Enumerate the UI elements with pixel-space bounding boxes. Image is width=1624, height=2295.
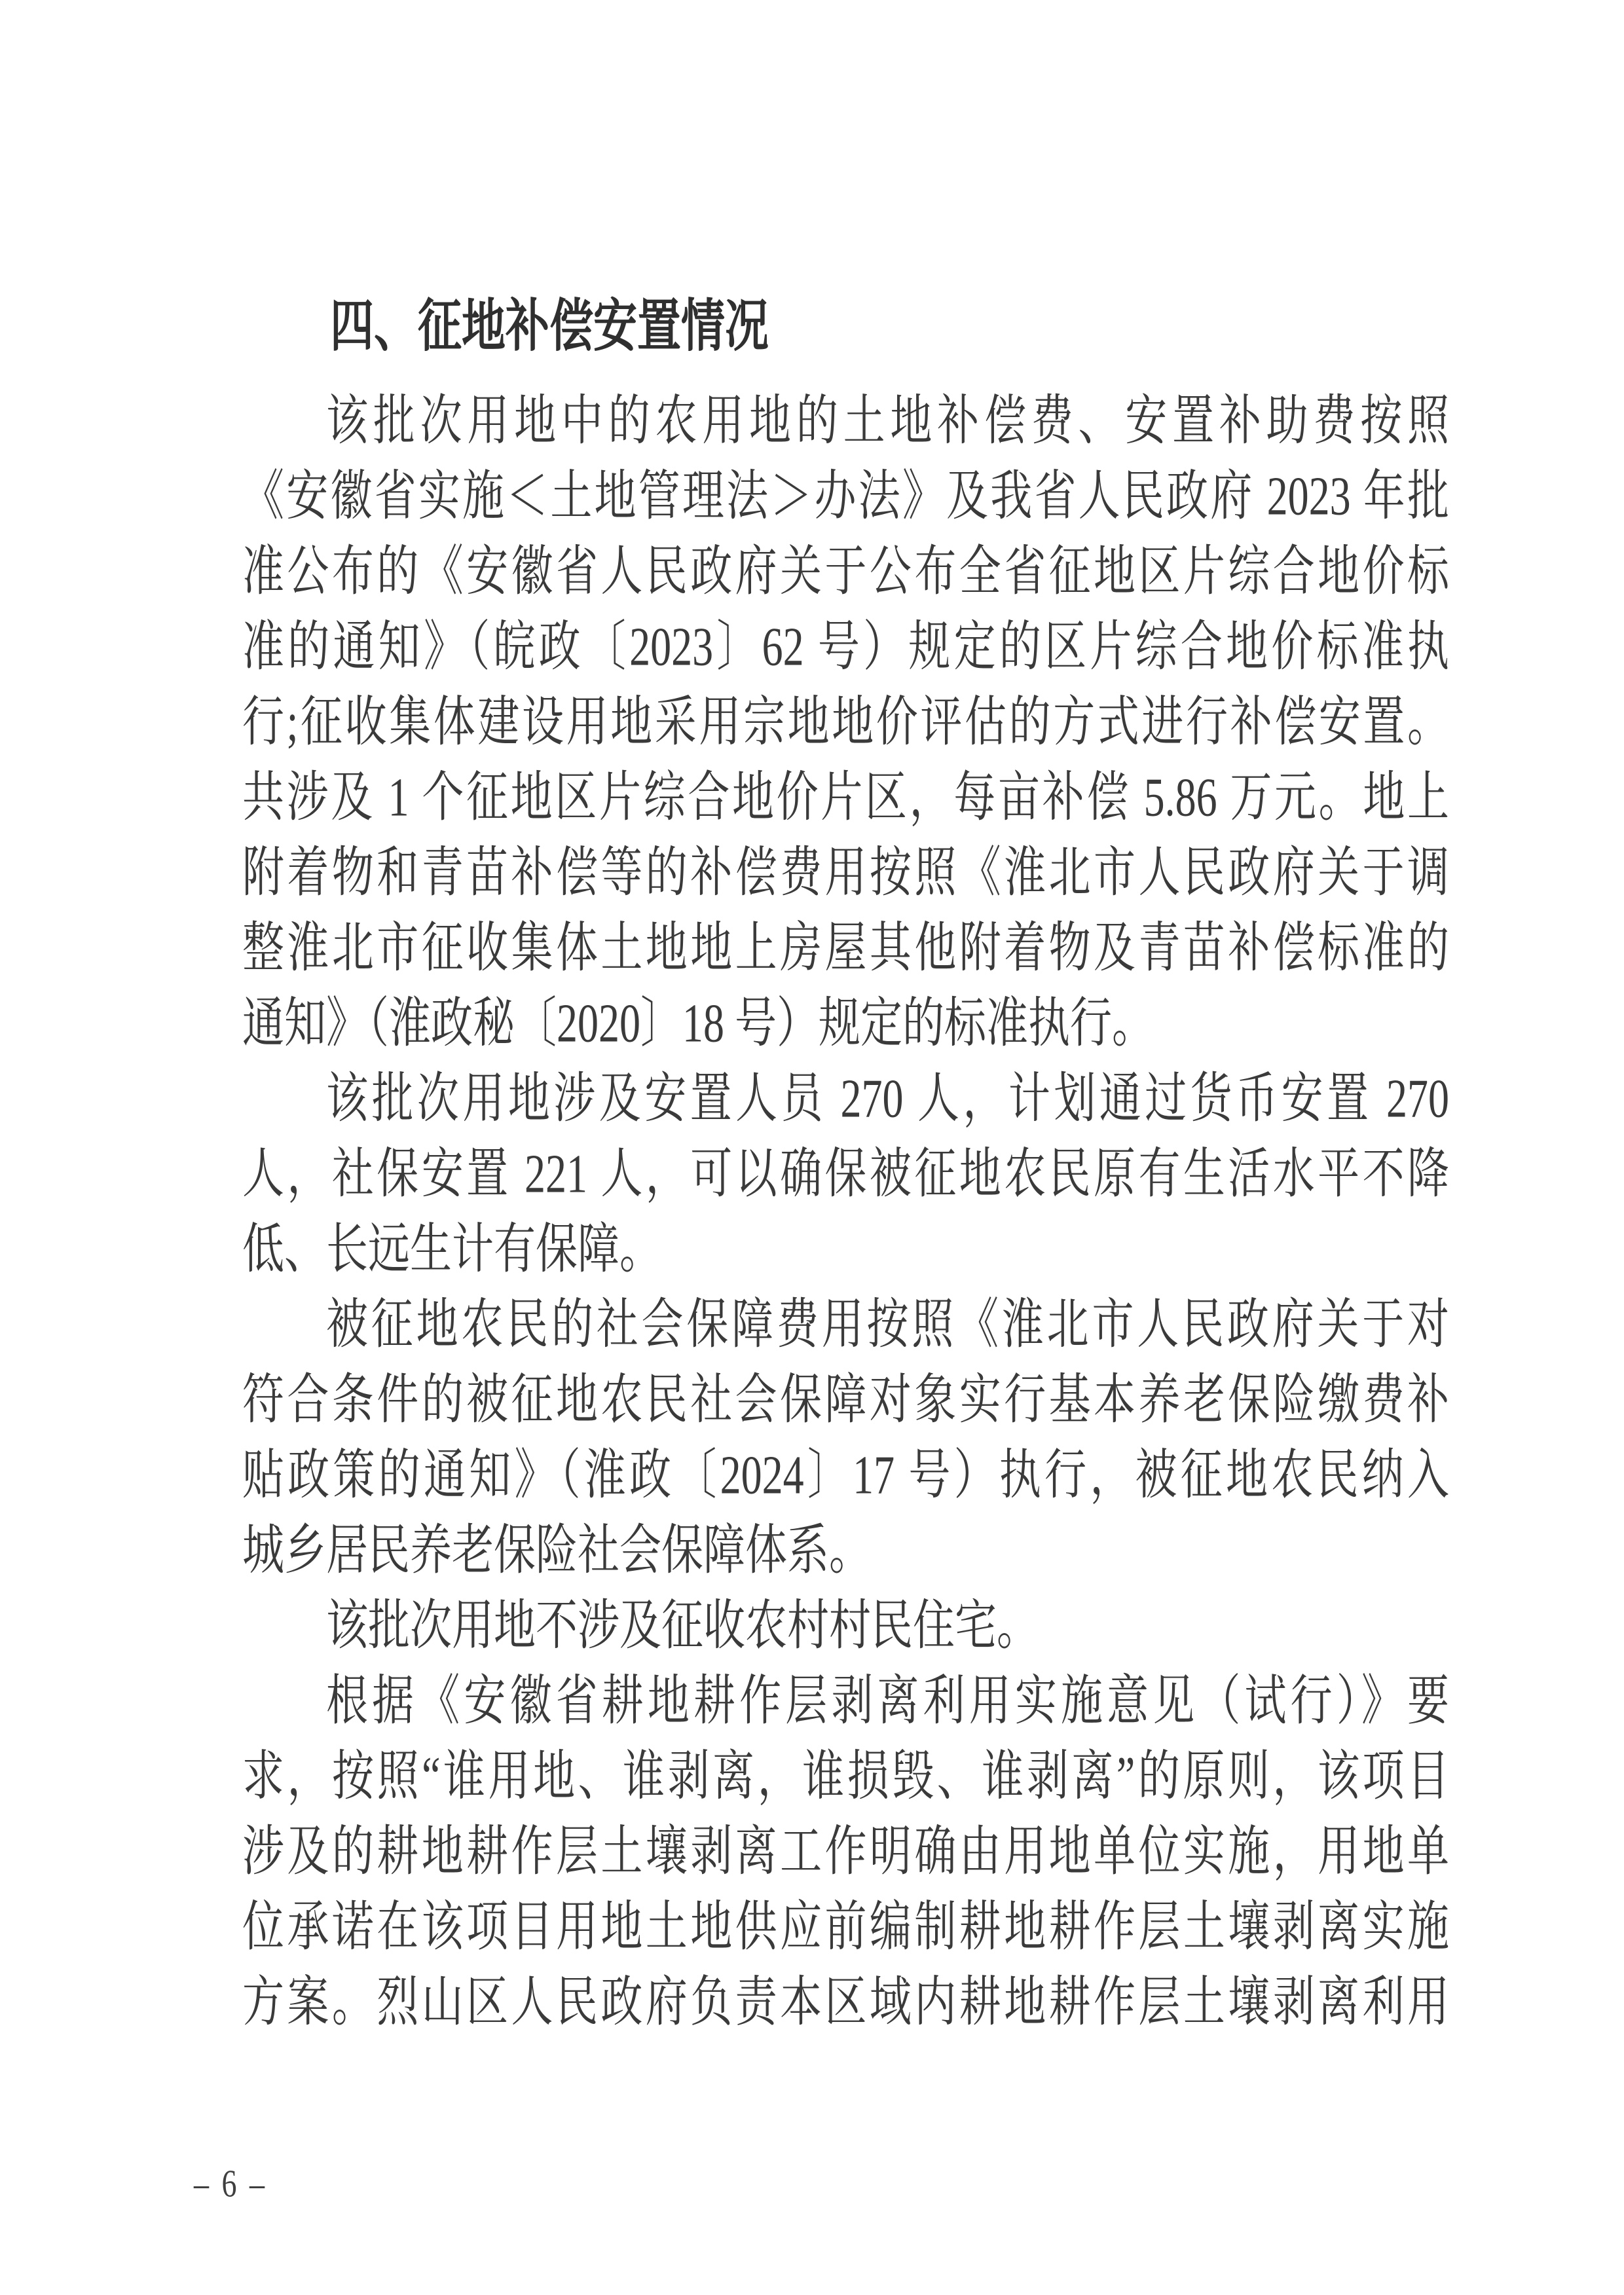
document-body: 该批次用地中的农用地的土地补偿费、安置补助费按照《安徽省实施＜土地管理法＞办法》… bbox=[242, 383, 1449, 2040]
paragraph: 被征地农民的社会保障费用按照《淮北市人民政府关于对符合条件的被征地农民社会保障对… bbox=[242, 1287, 1449, 1588]
paragraph: 该批次用地中的农用地的土地补偿费、安置补助费按照《安徽省实施＜土地管理法＞办法》… bbox=[242, 383, 1449, 1061]
text-line: 方案。烈山区人民政府负责本区域内耕地耕作层土壤剥离利用 bbox=[242, 1953, 1449, 2051]
section-heading: 四、征地补偿安置情况 bbox=[242, 275, 1449, 379]
page-number: – 6 – bbox=[194, 2152, 267, 2215]
paragraph: 根据《安徽省耕地耕作层剥离利用实施意见（试行）》要求，按照“谁用地、谁剥离，谁损… bbox=[242, 1663, 1449, 2040]
paragraph: 该批次用地涉及安置人员 270 人，计划通过货币安置 270人，社保安置 221… bbox=[242, 1061, 1449, 1287]
document-content: 四、征地补偿安置情况 该批次用地中的农用地的土地补偿费、安置补助费按照《安徽省实… bbox=[242, 287, 1449, 2040]
document-page: 四、征地补偿安置情况 该批次用地中的农用地的土地补偿费、安置补助费按照《安徽省实… bbox=[0, 0, 1624, 2295]
